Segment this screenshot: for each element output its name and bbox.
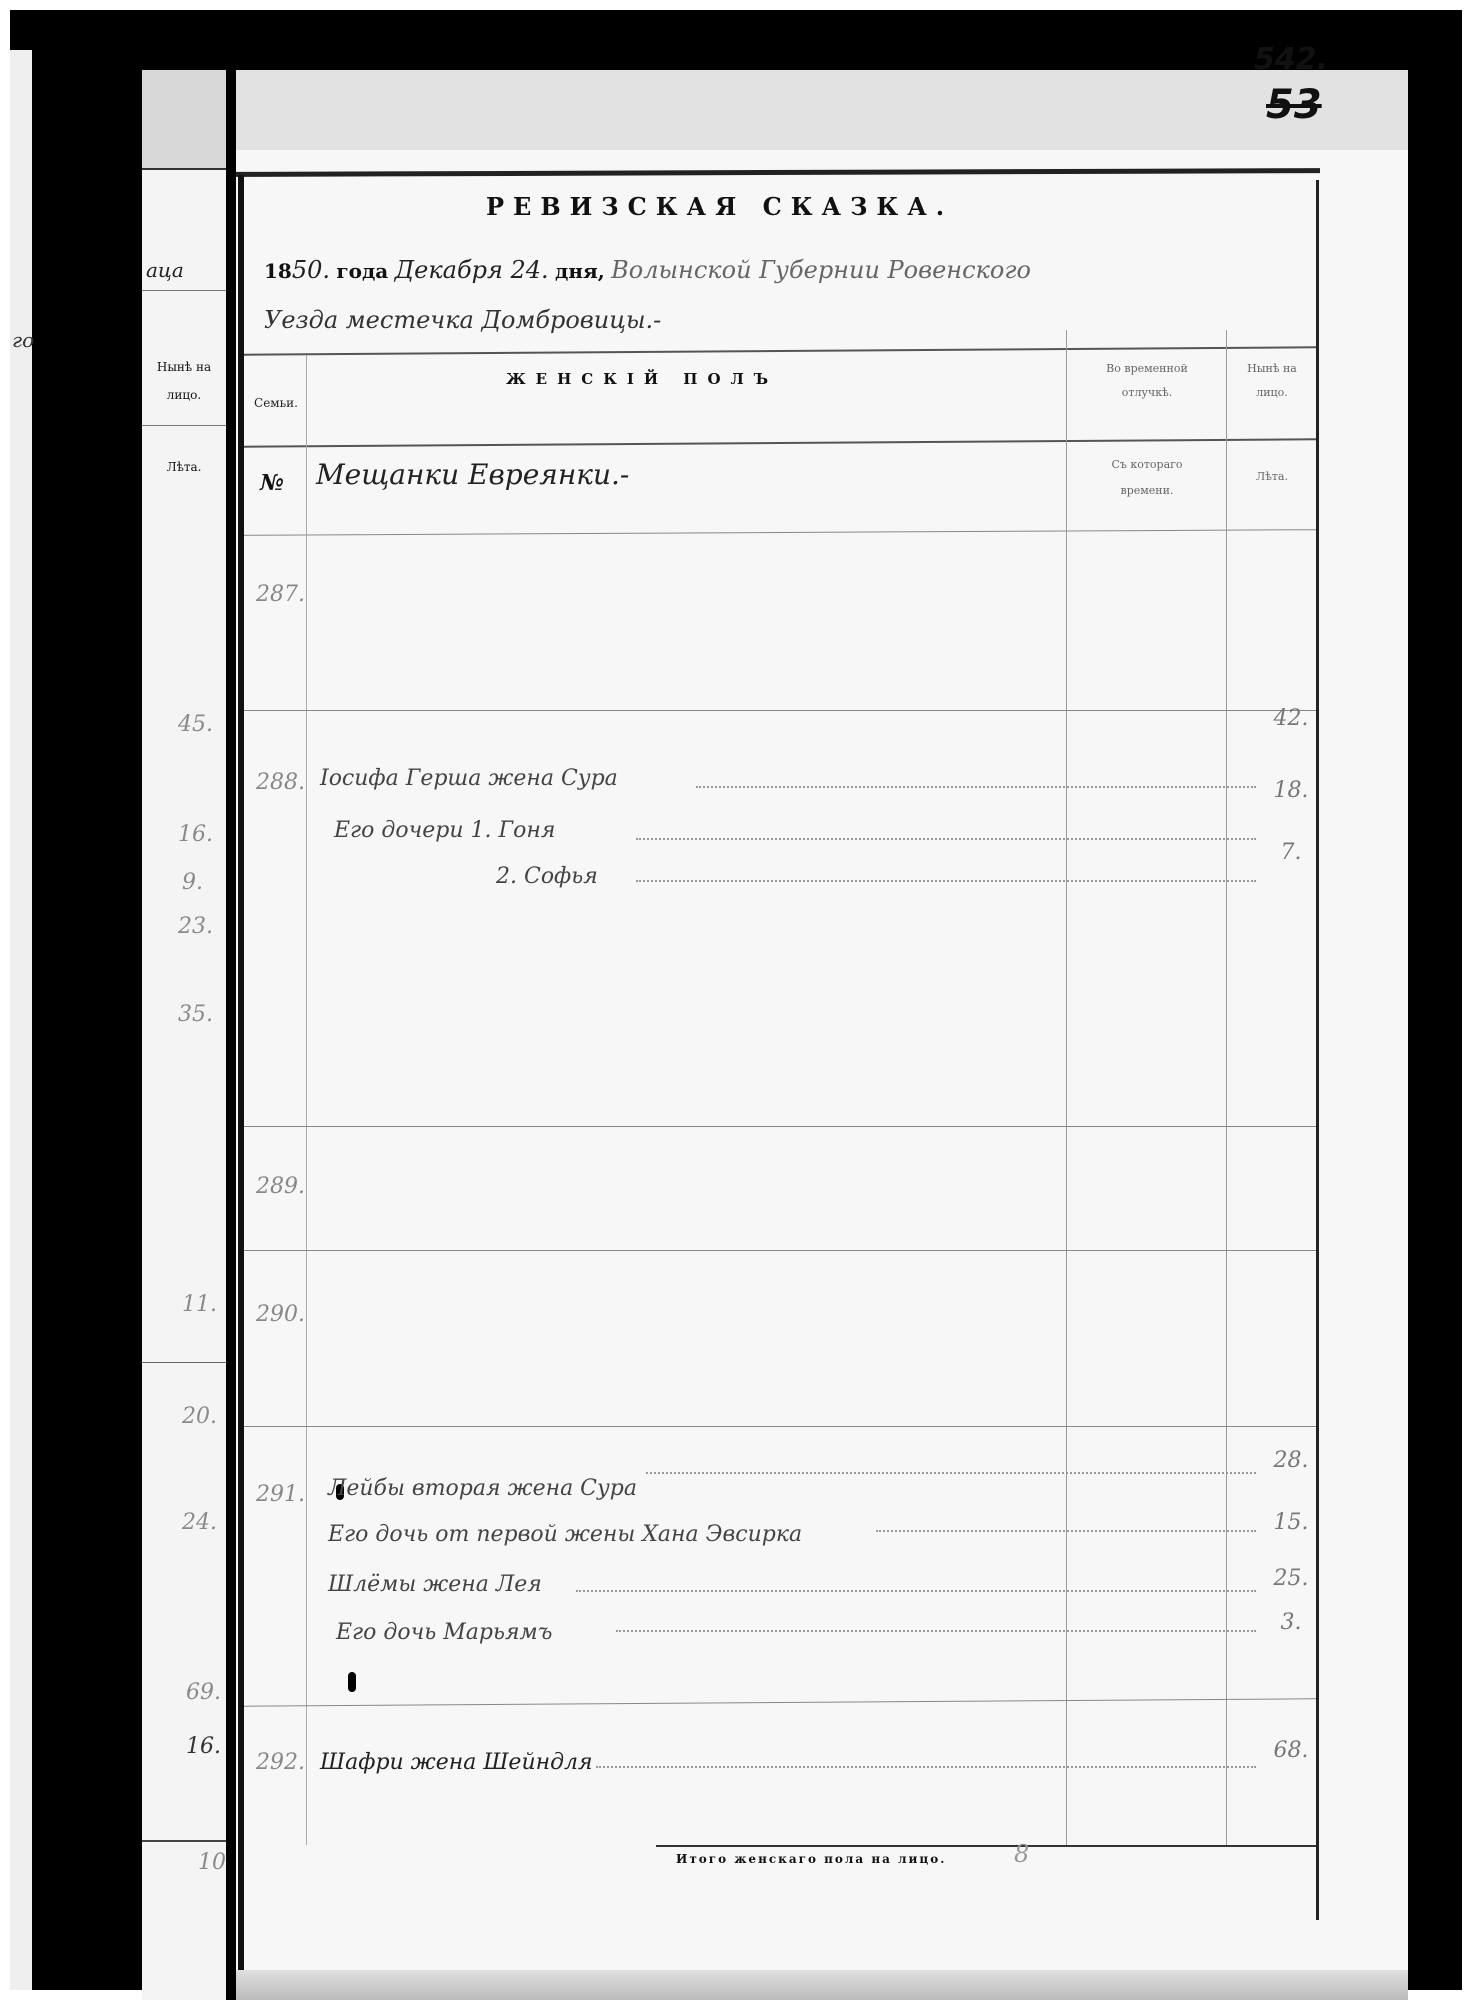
column-since-line1: Съ котораго xyxy=(1068,454,1226,476)
folio-number: 542. xyxy=(1254,42,1328,77)
province: Волынской Губернии Ровенского xyxy=(611,256,1031,284)
prev-age: 16. xyxy=(178,822,213,847)
numero-sign: № xyxy=(260,470,284,496)
year-suffix: 50. xyxy=(292,256,330,284)
prev-header-unit: Лѣта. xyxy=(142,460,226,474)
document-title: РЕВИЗСКАЯ СКАЗКА. xyxy=(486,192,953,221)
entry-name: Шлёмы жена Лея xyxy=(328,1572,542,1597)
date-location-line: 1850. года Декабря 24. дня, Волынской Гу… xyxy=(264,256,1031,284)
prev-age: 16. xyxy=(186,1734,221,1759)
family-number: 289. xyxy=(256,1174,305,1199)
total-value: 8 xyxy=(1014,1840,1029,1868)
entry-name: 2. Софья xyxy=(496,864,598,889)
column-present-unit: Лѣта. xyxy=(1228,466,1316,488)
right-border xyxy=(1316,180,1319,1920)
month-day: Декабря 24. xyxy=(395,256,549,284)
age-value: 7. xyxy=(1266,840,1316,865)
prev-age: 35. xyxy=(178,1002,213,1027)
age-value: 68. xyxy=(1266,1738,1316,1763)
ink-blot xyxy=(348,1672,356,1692)
family-number: 291. xyxy=(256,1482,305,1507)
revision-list-page: 542. 53 РЕВИЗСКАЯ СКАЗКА. 1850. года Дек… xyxy=(236,70,1408,2000)
column-present-line1: Нынѣ на xyxy=(1228,358,1316,380)
year-word: года xyxy=(336,259,388,283)
previous-page-edge-text: аца xyxy=(146,258,184,282)
day-word: дня, xyxy=(555,259,605,283)
column-absence-line2: отлучкѣ. xyxy=(1068,382,1226,404)
family-number: 287. xyxy=(256,582,305,607)
column-family: Семьи. xyxy=(246,392,306,414)
page-spine xyxy=(226,70,236,2000)
prev-age: 9. xyxy=(182,870,203,895)
age-value: 42. xyxy=(1266,706,1316,731)
column-since-line2: времени. xyxy=(1068,480,1226,502)
entry-name: Его дочери 1. Гоня xyxy=(334,818,555,843)
adjacent-page-sliver: го xyxy=(10,50,32,1990)
family-number: 290. xyxy=(256,1302,305,1327)
total-rule xyxy=(656,1845,1316,1847)
section-female: ЖЕНСКІЙ ПОЛЪ xyxy=(506,370,778,388)
uezd-line: Уезда местечка Домбровицы.- xyxy=(264,306,661,334)
entry-name: Его дочь Марьямъ xyxy=(336,1620,552,1645)
total-label: Итого женскаго пола на лицо. xyxy=(676,1852,946,1866)
year-prefix: 18 xyxy=(264,259,292,283)
top-rule xyxy=(236,168,1320,177)
entry-name: Лейбы вторая жена Сура xyxy=(328,1476,637,1501)
prev-header-present-line2: лицо. xyxy=(142,388,226,402)
prev-header-present-line1: Нынѣ на xyxy=(142,360,226,374)
age-value: 28. xyxy=(1266,1448,1316,1473)
previous-page-strip: аца Нынѣ на лицо. Лѣта. 45. 16. 9. 23. 3… xyxy=(142,70,226,2000)
sliver-text: го xyxy=(12,328,34,352)
age-value: 18. xyxy=(1266,778,1316,803)
prev-age: 45. xyxy=(178,712,213,737)
age-value: 15. xyxy=(1266,1510,1316,1535)
entry-name: Его дочь от первой жены Хана Эвсирка xyxy=(328,1522,802,1547)
age-value: 25. xyxy=(1266,1566,1316,1591)
section-heading: Мещанки Евреянки.- xyxy=(316,458,629,491)
column-absence-line1: Во временной xyxy=(1068,358,1226,380)
column-present-line2: лицо. xyxy=(1228,382,1316,404)
prev-age: 24. xyxy=(182,1510,217,1535)
prev-total: 10 xyxy=(198,1850,226,1875)
folio-number-struck: 53 xyxy=(1266,82,1322,128)
prev-age: 20. xyxy=(182,1404,217,1429)
prev-age: 23. xyxy=(178,914,213,939)
family-number: 288. xyxy=(256,770,305,795)
prev-age: 11. xyxy=(182,1292,217,1317)
prev-age: 69. xyxy=(186,1680,221,1705)
entry-name: Шафри жена Шейндля xyxy=(320,1750,593,1775)
family-number: 292. xyxy=(256,1750,305,1775)
entry-name: Іосифа Герша жена Сура xyxy=(320,766,618,791)
age-value: 3. xyxy=(1266,1610,1316,1635)
